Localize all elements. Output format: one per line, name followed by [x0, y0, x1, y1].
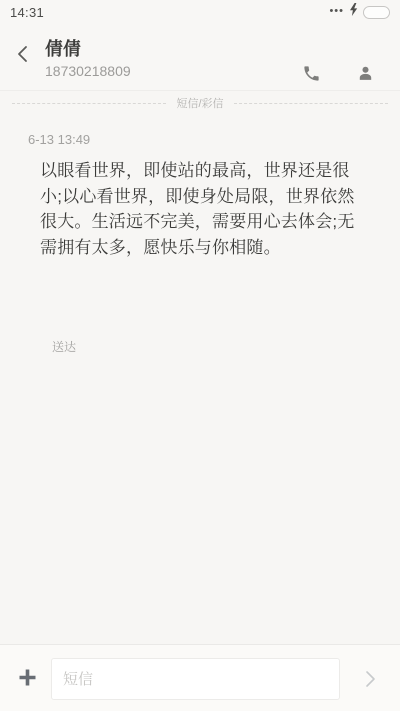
status-bar: 14:31 ••• — [0, 0, 400, 24]
charging-icon — [349, 3, 358, 21]
signal-dots-icon: ••• — [329, 6, 344, 17]
chevron-left-icon — [16, 45, 29, 68]
conversation-header: 倩倩 18730218809 — [0, 24, 400, 91]
send-button[interactable] — [358, 669, 382, 693]
sms-conversation-screen: 14:31 ••• 倩倩 18730218809 — [0, 0, 400, 711]
thread-type-label: 短信/彩信 — [176, 95, 223, 111]
battery-icon — [363, 6, 390, 19]
back-button[interactable] — [10, 44, 34, 68]
compose-bar — [0, 644, 400, 711]
delivery-status: 送达 — [52, 338, 76, 355]
chevron-right-icon — [364, 670, 377, 693]
plus-icon — [17, 667, 38, 693]
attach-button[interactable] — [15, 668, 39, 692]
clock: 14:31 — [10, 5, 44, 20]
person-icon — [356, 64, 375, 88]
thread-type-divider: 短信/彩信 — [12, 96, 388, 110]
contact-title-block: 倩倩 18730218809 — [45, 37, 131, 80]
status-icons: ••• — [329, 3, 390, 21]
phone-icon — [302, 64, 321, 88]
contact-name: 倩倩 — [45, 37, 131, 61]
call-button[interactable] — [299, 64, 323, 88]
divider-line-left — [12, 103, 166, 104]
message-date-stamp: 6-13 13:49 — [28, 132, 90, 147]
message-input[interactable] — [51, 658, 340, 700]
divider-line-right — [234, 103, 388, 104]
contact-phone-number: 18730218809 — [45, 63, 131, 80]
sent-message-bubble[interactable]: 以眼看世界，即使站的最高，世界还是很 小;以心看世界，即使身处局限，世界依然 很… — [40, 158, 364, 260]
contact-info-button[interactable] — [353, 64, 377, 88]
